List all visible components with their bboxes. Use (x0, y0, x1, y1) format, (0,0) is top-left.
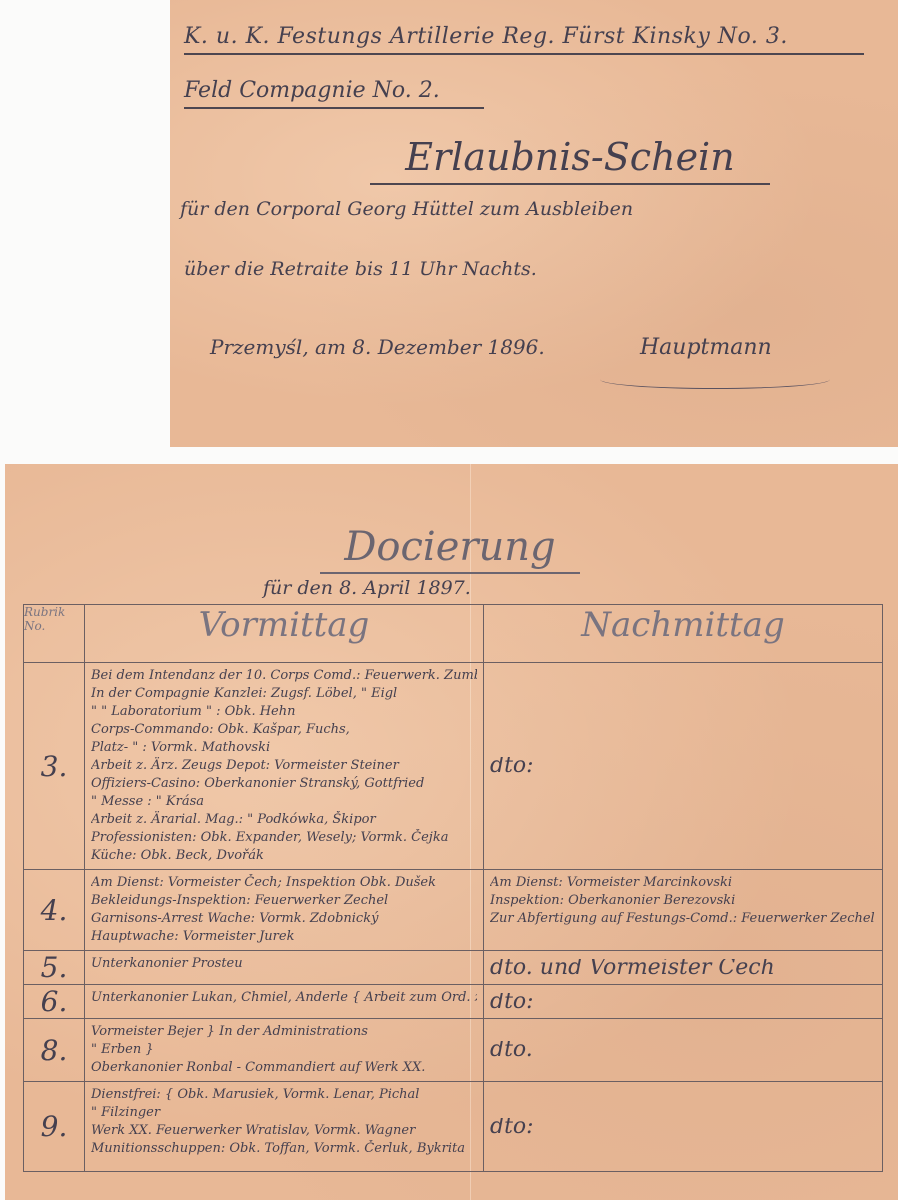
morning-entry: Corps-Commando: Obk. Kašpar, Fuchs, (91, 721, 477, 739)
morning-entry: Arbeit z. Ärz. Zeugs Depot: Vormeister S… (91, 757, 477, 775)
permit-body-line-1: für den Corporal Georg Hüttel zum Ausble… (180, 198, 633, 220)
column-header-afternoon: Nachmittag (484, 605, 883, 663)
row-number: 6. (24, 985, 85, 1019)
morning-entry: Dienstfrei: { Obk. Marusiek, Vormk. Lena… (91, 1086, 477, 1104)
morning-cell: Am Dienst: Vormeister Čech; Inspektion O… (85, 870, 484, 951)
table-row: 8.Vormeister Bejer } In der Administrati… (24, 1019, 883, 1082)
morning-entry: Werk XX. Feuerwerker Wratislav, Vormk. W… (91, 1122, 477, 1140)
afternoon-entry: dto. und Vormeister Čech (490, 959, 876, 977)
row-number: 3. (24, 663, 85, 870)
afternoon-entry: Inspektion: Oberkanonier Berezovski (490, 892, 876, 910)
morning-entry: Küche: Obk. Beck, Dvořák (91, 847, 477, 865)
morning-entry: Am Dienst: Vormeister Čech; Inspektion O… (91, 874, 477, 892)
afternoon-cell: dto. (484, 1019, 883, 1082)
row-number: 4. (24, 870, 85, 951)
regiment-header: K. u. K. Festungs Artillerie Reg. Fürst … (184, 24, 864, 55)
morning-entry: Professionisten: Obk. Expander, Wesely; … (91, 829, 477, 847)
column-header-morning: Vormittag (85, 605, 484, 663)
schedule-date: für den 8. April 1897. (263, 577, 471, 599)
table-row: 3.Bei dem Intendanz der 10. Corps Comd.:… (24, 663, 883, 870)
permit-body-line-2: über die Retraite bis 11 Uhr Nachts. (184, 258, 537, 280)
morning-cell: Unterkanonier Lukan, Chmiel, Anderle { A… (85, 985, 484, 1019)
morning-entry: Vormeister Bejer } In der Administration… (91, 1023, 477, 1041)
morning-cell: Vormeister Bejer } In der Administration… (85, 1019, 484, 1082)
schedule-title: Docierung (320, 524, 580, 574)
duty-table: Rubrik No. Vormittag Nachmittag 3.Bei de… (23, 604, 883, 1172)
morning-cell: Bei dem Intendanz der 10. Corps Comd.: F… (85, 663, 484, 870)
morning-entry: Bekleidungs-Inspektion: Feuerwerker Zech… (91, 892, 477, 910)
signature: Hauptmann (640, 335, 772, 360)
row-number: 5. (24, 951, 85, 985)
morning-entry: In der Compagnie Kanzlei: Zugsf. Löbel, … (91, 685, 477, 703)
afternoon-entry: dto: (490, 1118, 876, 1136)
morning-entry: Arbeit z. Ärarial. Mag.: " Podkówka, Ški… (91, 811, 477, 829)
afternoon-cell: dto: (484, 1082, 883, 1172)
afternoon-cell: Am Dienst: Vormeister MarcinkovskiInspek… (484, 870, 883, 951)
morning-entry: " " Laboratorium " : Obk. Hehn (91, 703, 477, 721)
afternoon-entry: Zur Abfertigung auf Festungs-Comd.: Feue… (490, 910, 876, 928)
morning-entry: Garnisons-Arrest Wache: Vormk. Zdobnický (91, 910, 477, 928)
permit-title: Erlaubnis-Schein (370, 135, 770, 185)
morning-cell: Unterkanonier Prosteu (85, 951, 484, 985)
morning-entry: Platz- " : Vormk. Mathovski (91, 739, 477, 757)
table-row: 9.Dienstfrei: { Obk. Marusiek, Vormk. Le… (24, 1082, 883, 1172)
afternoon-cell: dto: (484, 985, 883, 1019)
signature-flourish (600, 370, 830, 389)
table-row: 6.Unterkanonier Lukan, Chmiel, Anderle {… (24, 985, 883, 1019)
column-header-number: Rubrik No. (24, 605, 85, 663)
row-number: 8. (24, 1019, 85, 1082)
afternoon-entry: dto. (490, 1041, 876, 1059)
schedule-document: Docierung für den 8. April 1897. Rubrik … (5, 464, 898, 1200)
morning-entry: " Messe : " Krása (91, 793, 477, 811)
afternoon-entry: dto: (490, 993, 876, 1011)
place-date: Przemyśl, am 8. Dezember 1896. (210, 335, 545, 359)
afternoon-cell: dto: (484, 663, 883, 870)
morning-entry: Offiziers-Casino: Oberkanonier Stranský,… (91, 775, 477, 793)
morning-entry: " Filzinger (91, 1104, 477, 1122)
table-row: 5.Unterkanonier Prosteudto. und Vormeist… (24, 951, 883, 985)
table-row: 4.Am Dienst: Vormeister Čech; Inspektion… (24, 870, 883, 951)
afternoon-entry: Am Dienst: Vormeister Marcinkovski (490, 874, 876, 892)
morning-cell: Dienstfrei: { Obk. Marusiek, Vormk. Lena… (85, 1082, 484, 1172)
morning-entry: Unterkanonier Lukan, Chmiel, Anderle { A… (91, 989, 477, 1007)
morning-entry: " Erben } (91, 1041, 477, 1059)
morning-entry: Oberkanonier Ronbal - Commandiert auf We… (91, 1059, 477, 1077)
row-number: 9. (24, 1082, 85, 1172)
afternoon-entry: dto: (490, 757, 876, 775)
morning-entry: Unterkanonier Prosteu (91, 955, 477, 973)
morning-entry: Hauptwache: Vormeister Jurek (91, 928, 477, 946)
morning-entry: Munitionsschuppen: Obk. Toffan, Vormk. Č… (91, 1140, 477, 1158)
afternoon-cell: dto. und Vormeister Čech (484, 951, 883, 985)
permit-document: K. u. K. Festungs Artillerie Reg. Fürst … (170, 0, 898, 447)
morning-entry: Bei dem Intendanz der 10. Corps Comd.: F… (91, 667, 477, 685)
table-header-row: Rubrik No. Vormittag Nachmittag (24, 605, 883, 663)
company-header: Feld Compagnie No. 2. (184, 78, 484, 109)
